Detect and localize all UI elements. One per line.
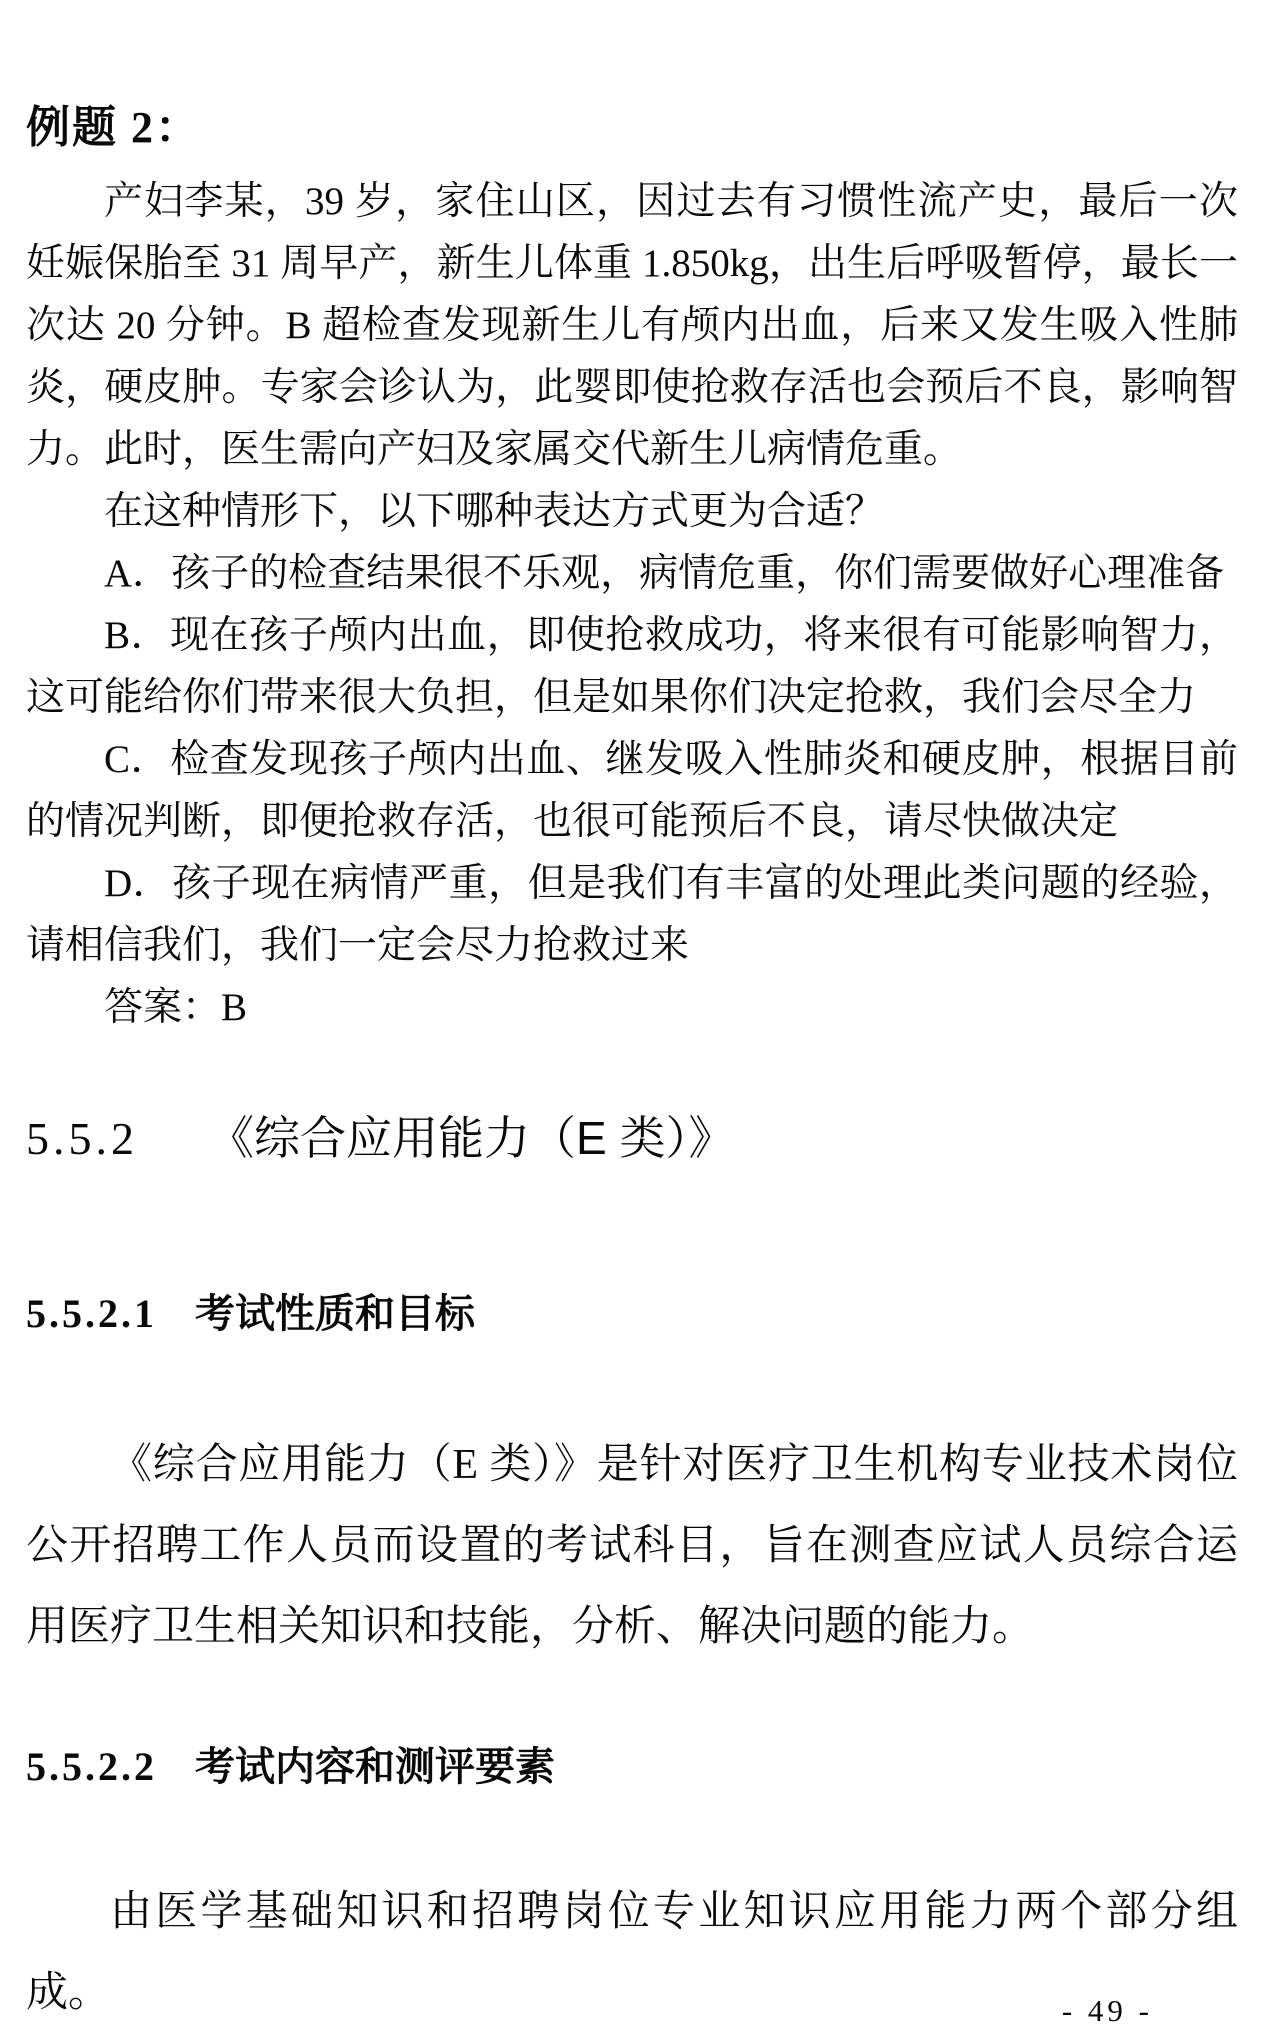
example-stem-paragraph: 产妇李某，39 岁，家住山区，因过去有习惯性流产史，最后一次妊娠保胎至 31 周… [26, 171, 1238, 481]
subsection-heading-5-5-2-2: 5.5.2.2考试内容和测评要素 [26, 1742, 1238, 1792]
section-number: 5.5.2 [26, 1113, 138, 1164]
subsection-paragraph-5-5-2-1: 《综合应用能力（E 类）》是针对医疗卫生机构专业技术岗位公开招聘工作人员而设置的… [26, 1425, 1238, 1668]
subsection-paragraph-5-5-2-2: 由医学基础知识和招聘岗位专业知识应用能力两个部分组成。 [26, 1872, 1238, 2034]
section-heading-5-5-2: 5.5.2《综合应用能力（E 类）》 [26, 1110, 1238, 1167]
subsection-number: 5.5.2.2 [26, 1744, 157, 1789]
option-b: B．现在孩子颅内出血，即使抢救成功，将来很有可能影响智力，这可能给你们带来很大负… [26, 605, 1238, 729]
option-a: A．孩子的检查结果很不乐观，病情危重，你们需要做好心理准备 [26, 543, 1238, 605]
section-title: 《综合应用能力（E 类）》 [208, 1112, 734, 1164]
option-c: C．检查发现孩子颅内出血、继发吸入性肺炎和硬皮肿，根据目前的情况判断，即便抢救存… [26, 729, 1238, 853]
subsection-title: 考试性质和目标 [195, 1292, 475, 1336]
page-number: - 49 - [1062, 1993, 1153, 2029]
subsection-heading-5-5-2-1: 5.5.2.1考试性质和目标 [26, 1289, 1238, 1339]
example-heading: 例题 2： [26, 102, 1238, 154]
document-page: 例题 2： 产妇李某，39 岁，家住山区，因过去有习惯性流产史，最后一次妊娠保胎… [0, 0, 1280, 2044]
example-question: 在这种情形下，以下哪种表达方式更为合适？ [26, 481, 1238, 543]
option-d: D．孩子现在病情严重，但是我们有丰富的处理此类问题的经验，请相信我们，我们一定会… [26, 853, 1238, 977]
answer-line: 答案：B [26, 977, 1238, 1039]
subsection-number: 5.5.2.1 [26, 1291, 157, 1336]
subsection-title: 考试内容和测评要素 [195, 1745, 555, 1789]
